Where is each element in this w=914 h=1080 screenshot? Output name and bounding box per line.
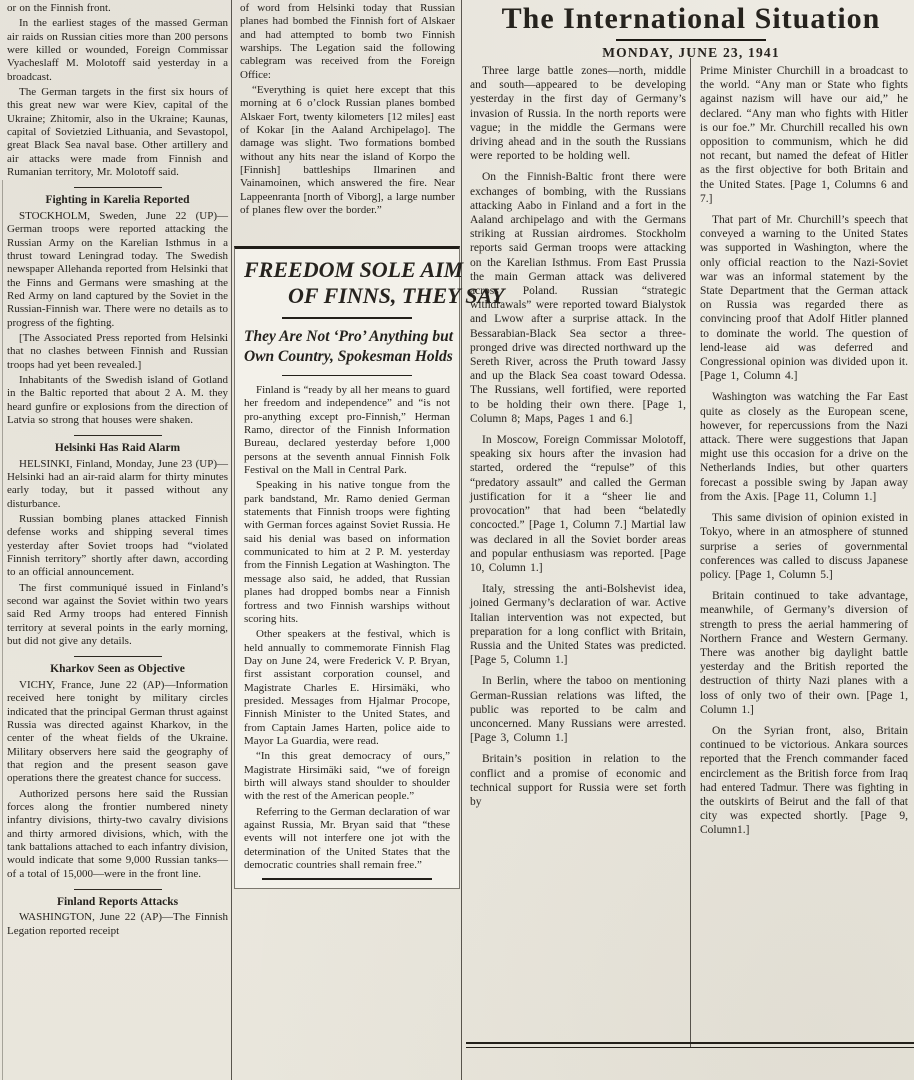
middle-continuation-paragraph: “Everything is quiet here except that th… — [240, 84, 455, 217]
left-paragraph: In the earliest stages of the massed Ger… — [7, 17, 228, 84]
main-article-column-a: Three large battle zones—north, middle a… — [470, 64, 686, 816]
section-subhead: Helsinki Has Raid Alarm — [7, 442, 228, 455]
left-continuation-fragment: or on the Finnish front. — [7, 2, 228, 15]
column-rule-1 — [231, 0, 232, 1080]
middle-column-continuation: of word from Helsinki today that Russian… — [240, 2, 455, 220]
article-end-rule — [262, 878, 432, 880]
section-subhead: Fighting in Karelia Reported — [7, 194, 228, 207]
freedom-paragraph: Referring to the German declaration of w… — [244, 806, 450, 873]
main-paragraph: This same division of opinion existed in… — [700, 511, 908, 582]
newspaper-page: or on the Finnish front. In the earliest… — [0, 0, 914, 1080]
left-column: or on the Finnish front. In the earliest… — [7, 2, 228, 940]
page-left-edge-rule — [2, 180, 3, 1080]
section-divider — [74, 187, 162, 188]
column-rule-3 — [690, 58, 691, 1048]
freedom-paragraph: Other speakers at the festival, which is… — [244, 628, 450, 748]
main-paragraph: Britain’s position in relation to the co… — [470, 752, 686, 809]
main-article-dateline: MONDAY, JUNE 23, 1941 — [468, 45, 914, 61]
article-bottom-double-rule — [466, 1042, 914, 1048]
freedom-article-box: FREEDOM SOLE AIM OF FINNS, THEY SAY They… — [234, 246, 460, 889]
main-paragraph: Washington was watching the Far East qui… — [700, 390, 908, 504]
freedom-headline-line2: OF FINNS, THEY SAY — [244, 283, 450, 309]
main-article-header: The International Situation MONDAY, JUNE… — [468, 2, 914, 61]
left-paragraph: HELSINKI, Finland, Monday, June 23 (UP)—… — [7, 458, 228, 511]
left-paragraph: Russian bombing planes attacked Finnish … — [7, 513, 228, 580]
freedom-headline-line1: FREEDOM SOLE AIM — [244, 257, 450, 283]
left-paragraph: Inhabitants of the Swedish island of Got… — [7, 374, 228, 427]
main-paragraph: Prime Minister Churchill in a broadcast … — [700, 64, 908, 206]
main-paragraph: Italy, stressing the anti-Bolshevist ide… — [470, 582, 686, 667]
deck-rule — [282, 375, 412, 376]
main-paragraph: That part of Mr. Churchill’s speech that… — [700, 213, 908, 383]
left-paragraph: WASHINGTON, June 22 (AP)—The Finnish Leg… — [7, 911, 228, 938]
section-subhead: Kharkov Seen as Objective — [7, 663, 228, 676]
freedom-deck-line1: They Are Not ‘Pro’ Anything but — [244, 327, 450, 347]
title-rule — [616, 39, 766, 41]
section-divider — [74, 889, 162, 890]
section-divider — [74, 435, 162, 436]
left-paragraph: The German targets in the first six hour… — [7, 86, 228, 179]
left-paragraph: STOCKHOLM, Sweden, June 22 (UP)—German t… — [7, 210, 228, 330]
main-paragraph: Three large battle zones—north, middle a… — [470, 64, 686, 163]
main-paragraph: On the Finnish-Baltic front there were e… — [470, 170, 686, 426]
main-paragraph: On the Syrian front, also, Britain conti… — [700, 724, 908, 838]
left-paragraph: Authorized persons here said the Russian… — [7, 788, 228, 881]
section-divider — [74, 656, 162, 657]
main-paragraph: In Moscow, Foreign Commissar Molotoff, s… — [470, 433, 686, 575]
freedom-paragraph: Finland is “ready by all her means to gu… — [244, 384, 450, 477]
section-subhead: Finland Reports Attacks — [7, 896, 228, 909]
left-paragraph: [The Associated Press reported from Hels… — [7, 332, 228, 372]
middle-continuation-paragraph: of word from Helsinki today that Russian… — [240, 2, 455, 82]
left-paragraph: VICHY, France, June 22 (AP)—Information … — [7, 679, 228, 786]
column-rule-2 — [461, 0, 462, 1080]
freedom-article-body: Finland is “ready by all her means to gu… — [244, 384, 450, 872]
left-paragraph: The first communiqué issued in Finland’s… — [7, 582, 228, 649]
main-article-column-b: Prime Minister Churchill in a broadcast … — [700, 64, 908, 845]
headline-rule — [282, 317, 412, 319]
main-paragraph: In Berlin, where the taboo on mentioning… — [470, 674, 686, 745]
main-paragraph: Britain continued to take advantage, mea… — [700, 589, 908, 717]
main-article-title: The International Situation — [468, 2, 914, 36]
freedom-paragraph: “In this great democracy of ours,” Magis… — [244, 750, 450, 803]
freedom-deck-line2: Own Country, Spokesman Holds — [244, 347, 450, 367]
freedom-paragraph: Speaking in his native tongue from the p… — [244, 479, 450, 626]
